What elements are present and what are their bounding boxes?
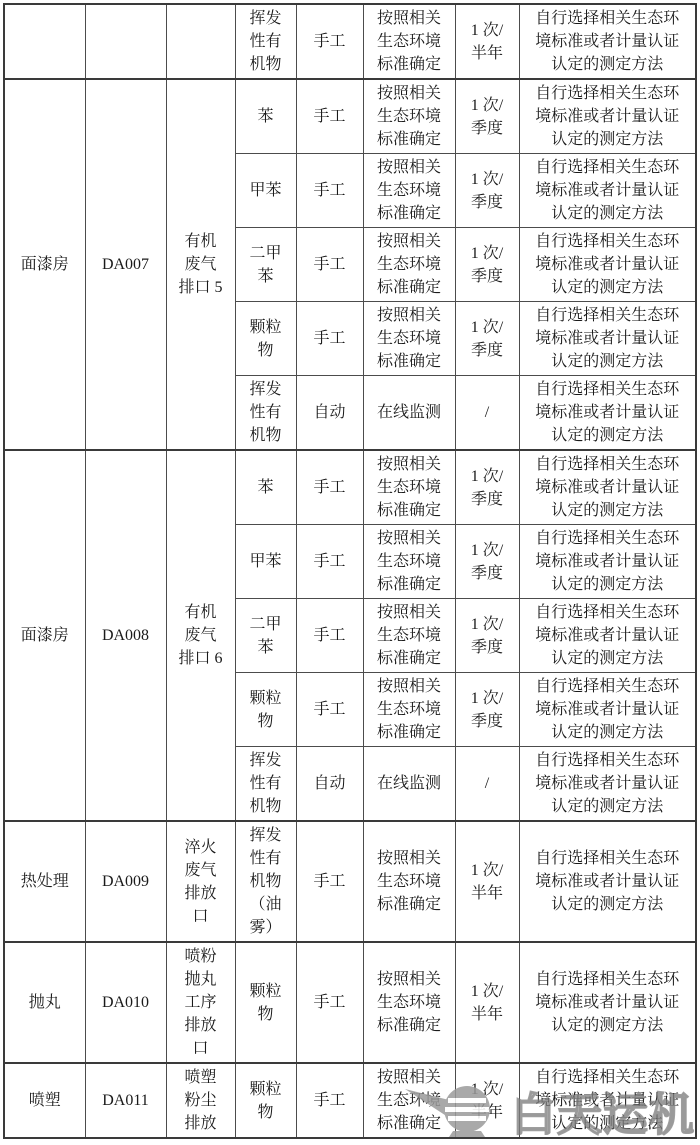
cell-frequency: 1 次/ 季度 xyxy=(455,154,519,228)
cell-monitoring-type: 手工 xyxy=(296,450,363,525)
monitoring-table: 挥发 性有 机物手工按照相关 生态环境 标准确定1 次/ 半年自行选择相关生态环… xyxy=(3,3,697,1139)
cell-outlet-name: 有机 废气 排口 5 xyxy=(166,79,235,450)
cell-determination-basis: 按照相关 生态环境 标准确定 xyxy=(363,1063,455,1138)
cell-outlet-name xyxy=(166,4,235,79)
cell-pollutant: 二甲 苯 xyxy=(235,599,296,673)
cell-monitoring-type: 自动 xyxy=(296,376,363,451)
cell-pollutant: 颗粒 物 xyxy=(235,942,296,1063)
cell-determination-basis: 按照相关 生态环境 标准确定 xyxy=(363,942,455,1063)
cell-monitoring-type: 手工 xyxy=(296,79,363,154)
cell-monitoring-type: 手工 xyxy=(296,1063,363,1138)
cell-analysis-method: 自行选择相关生态环 境标准或者计量认证 认定的测定方法 xyxy=(519,942,696,1063)
cell-analysis-method: 自行选择相关生态环 境标准或者计量认证 认定的测定方法 xyxy=(519,376,696,451)
cell-analysis-method: 自行选择相关生态环 境标准或者计量认证 认定的测定方法 xyxy=(519,1063,696,1138)
cell-analysis-method: 自行选择相关生态环 境标准或者计量认证 认定的测定方法 xyxy=(519,599,696,673)
cell-determination-basis: 按照相关 生态环境 标准确定 xyxy=(363,599,455,673)
cell-frequency: 1 次/ 半年 xyxy=(455,1063,519,1138)
cell-determination-basis: 按照相关 生态环境 标准确定 xyxy=(363,228,455,302)
cell-frequency: 1 次/ 半年 xyxy=(455,4,519,79)
cell-determination-basis: 按照相关 生态环境 标准确定 xyxy=(363,673,455,747)
cell-outlet-code: DA009 xyxy=(85,821,166,942)
cell-analysis-method: 自行选择相关生态环 境标准或者计量认证 认定的测定方法 xyxy=(519,302,696,376)
cell-frequency: 1 次/ 季度 xyxy=(455,79,519,154)
cell-frequency: / xyxy=(455,747,519,822)
cell-pollutant: 苯 xyxy=(235,450,296,525)
cell-pollutant: 挥发 性有 机物 xyxy=(235,376,296,451)
cell-monitoring-type: 手工 xyxy=(296,228,363,302)
cell-outlet-name: 喷塑 粉尘 排放 xyxy=(166,1063,235,1138)
table-row: 热处理DA009淬火 废气 排放 口挥发 性有 机物 （油 雾）手工按照相关 生… xyxy=(4,821,696,942)
cell-outlet-code: DA007 xyxy=(85,79,166,450)
cell-analysis-method: 自行选择相关生态环 境标准或者计量认证 认定的测定方法 xyxy=(519,450,696,525)
cell-pollutant: 颗粒 物 xyxy=(235,302,296,376)
cell-facility: 面漆房 xyxy=(4,79,85,450)
cell-determination-basis: 在线监测 xyxy=(363,376,455,451)
cell-facility xyxy=(4,4,85,79)
cell-frequency: 1 次/ 季度 xyxy=(455,228,519,302)
cell-analysis-method: 自行选择相关生态环 境标准或者计量认证 认定的测定方法 xyxy=(519,673,696,747)
cell-determination-basis: 按照相关 生态环境 标准确定 xyxy=(363,450,455,525)
cell-pollutant: 二甲 苯 xyxy=(235,228,296,302)
cell-pollutant: 甲苯 xyxy=(235,154,296,228)
cell-outlet-name: 淬火 废气 排放 口 xyxy=(166,821,235,942)
cell-analysis-method: 自行选择相关生态环 境标准或者计量认证 认定的测定方法 xyxy=(519,228,696,302)
table-row: 面漆房DA007有机 废气 排口 5苯手工按照相关 生态环境 标准确定1 次/ … xyxy=(4,79,696,154)
cell-frequency: / xyxy=(455,376,519,451)
cell-monitoring-type: 手工 xyxy=(296,525,363,599)
cell-determination-basis: 按照相关 生态环境 标准确定 xyxy=(363,4,455,79)
cell-monitoring-type: 手工 xyxy=(296,821,363,942)
cell-frequency: 1 次/ 季度 xyxy=(455,599,519,673)
cell-analysis-method: 自行选择相关生态环 境标准或者计量认证 认定的测定方法 xyxy=(519,154,696,228)
cell-determination-basis: 按照相关 生态环境 标准确定 xyxy=(363,302,455,376)
cell-frequency: 1 次/ 季度 xyxy=(455,302,519,376)
cell-analysis-method: 自行选择相关生态环 境标准或者计量认证 认定的测定方法 xyxy=(519,525,696,599)
cell-outlet-name: 有机 废气 排口 6 xyxy=(166,450,235,821)
cell-facility: 热处理 xyxy=(4,821,85,942)
cell-determination-basis: 按照相关 生态环境 标准确定 xyxy=(363,821,455,942)
cell-outlet-code: DA010 xyxy=(85,942,166,1063)
cell-analysis-method: 自行选择相关生态环 境标准或者计量认证 认定的测定方法 xyxy=(519,4,696,79)
cell-monitoring-type: 手工 xyxy=(296,599,363,673)
cell-monitoring-type: 手工 xyxy=(296,302,363,376)
cell-facility: 抛丸 xyxy=(4,942,85,1063)
cell-pollutant: 甲苯 xyxy=(235,525,296,599)
cell-frequency: 1 次/ 季度 xyxy=(455,525,519,599)
cell-frequency: 1 次/ 半年 xyxy=(455,821,519,942)
cell-pollutant: 挥发 性有 机物 （油 雾） xyxy=(235,821,296,942)
cell-monitoring-type: 手工 xyxy=(296,673,363,747)
cell-monitoring-type: 手工 xyxy=(296,154,363,228)
cell-analysis-method: 自行选择相关生态环 境标准或者计量认证 认定的测定方法 xyxy=(519,747,696,822)
cell-frequency: 1 次/ 季度 xyxy=(455,673,519,747)
cell-monitoring-type: 手工 xyxy=(296,4,363,79)
table-row: 喷塑DA011喷塑 粉尘 排放颗粒 物手工按照相关 生态环境 标准确定1 次/ … xyxy=(4,1063,696,1138)
cell-facility: 面漆房 xyxy=(4,450,85,821)
cell-pollutant: 苯 xyxy=(235,79,296,154)
cell-facility: 喷塑 xyxy=(4,1063,85,1138)
monitoring-table-body: 挥发 性有 机物手工按照相关 生态环境 标准确定1 次/ 半年自行选择相关生态环… xyxy=(4,4,696,1138)
cell-outlet-name: 喷粉 抛丸 工序 排放 口 xyxy=(166,942,235,1063)
cell-determination-basis: 按照相关 生态环境 标准确定 xyxy=(363,154,455,228)
cell-outlet-code: DA011 xyxy=(85,1063,166,1138)
cell-determination-basis: 按照相关 生态环境 标准确定 xyxy=(363,525,455,599)
cell-outlet-code: DA008 xyxy=(85,450,166,821)
cell-monitoring-type: 自动 xyxy=(296,747,363,822)
document-page: 挥发 性有 机物手工按照相关 生态环境 标准确定1 次/ 半年自行选择相关生态环… xyxy=(3,3,697,1139)
cell-pollutant: 挥发 性有 机物 xyxy=(235,747,296,822)
cell-pollutant: 颗粒 物 xyxy=(235,673,296,747)
cell-frequency: 1 次/ 半年 xyxy=(455,942,519,1063)
table-row: 挥发 性有 机物手工按照相关 生态环境 标准确定1 次/ 半年自行选择相关生态环… xyxy=(4,4,696,79)
cell-outlet-code xyxy=(85,4,166,79)
table-row: 面漆房DA008有机 废气 排口 6苯手工按照相关 生态环境 标准确定1 次/ … xyxy=(4,450,696,525)
cell-analysis-method: 自行选择相关生态环 境标准或者计量认证 认定的测定方法 xyxy=(519,821,696,942)
table-row: 抛丸DA010喷粉 抛丸 工序 排放 口颗粒 物手工按照相关 生态环境 标准确定… xyxy=(4,942,696,1063)
cell-analysis-method: 自行选择相关生态环 境标准或者计量认证 认定的测定方法 xyxy=(519,79,696,154)
cell-monitoring-type: 手工 xyxy=(296,942,363,1063)
cell-frequency: 1 次/ 季度 xyxy=(455,450,519,525)
cell-pollutant: 颗粒 物 xyxy=(235,1063,296,1138)
cell-pollutant: 挥发 性有 机物 xyxy=(235,4,296,79)
cell-determination-basis: 按照相关 生态环境 标准确定 xyxy=(363,79,455,154)
cell-determination-basis: 在线监测 xyxy=(363,747,455,822)
